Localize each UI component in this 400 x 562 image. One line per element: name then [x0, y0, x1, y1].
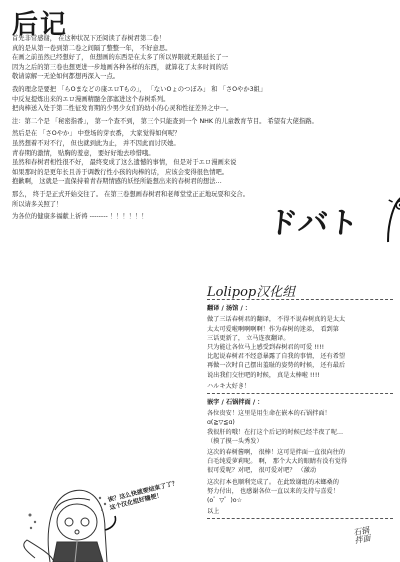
- handwritten-signature: 石锅 拌面: [353, 527, 372, 546]
- translator-label: 翻译 / 汤馆 / ：: [207, 304, 393, 313]
- typesetter-label: 嵌字 / 石锅拌面 / ：: [207, 398, 393, 407]
- divider: [207, 518, 393, 519]
- para-3: 然后是在 「さOやか」 中登场的芽衣番， 大家觉得如何呢？ 虽然想着不对不行， …: [12, 129, 392, 187]
- para-1: 首先非常感谢， 在这种状况下还阅读了春树君第二卷！ 真的是从第一卷到第二卷之间隔…: [12, 34, 392, 82]
- credits-section: Lolipop汉化组 翻译 / 汤馆 / ： 做了三话春树君的翻译， 不得不说春…: [207, 288, 393, 523]
- typesetter-closing: 以上: [207, 507, 393, 516]
- author-signature: ドバト: [266, 198, 362, 242]
- para-2: 我的理念是要把 「らOまなどの康エロTもの」， 「ないOょのつぼみ」 和 「さO…: [12, 85, 392, 114]
- translator-closing: ハルキ大好き！: [207, 382, 393, 391]
- afterword-body: 首先非常感谢， 在这种状况下还阅读了春树君第二卷！ 真的是从第一卷到第二卷之间隔…: [12, 34, 392, 225]
- translator-message: 做了三话春树君的翻译， 不得不说春树真的是太太 太太可爱啦啊啊啊啊！作为春树的迷…: [207, 315, 393, 379]
- group-logo: Lolipop汉化组: [207, 288, 393, 297]
- typesetter-message-3: 这次打本也顺利完成了。 在此致谢组的末螂桑的 努力付出， 也感谢各位一直以来的支…: [207, 478, 393, 506]
- translator-note: 注：第二个是 「秘密指番」， 第一个查不到， 第三个只能查到一个 NHK 的儿童…: [12, 117, 392, 127]
- divider: [207, 393, 393, 394]
- typesetter-message-2: 这次的春树酱啊， 很棒！这可是拌面一直很向往的 白毛纯爱萝莉呢。 啊， 那个大大…: [207, 448, 393, 476]
- typesetter-message: 各位贵安！这里是用生命在嵌本的石锅拌面！ ɑ(≧▽≦ɑ) 我很肝的哦！在打这个后…: [207, 409, 393, 446]
